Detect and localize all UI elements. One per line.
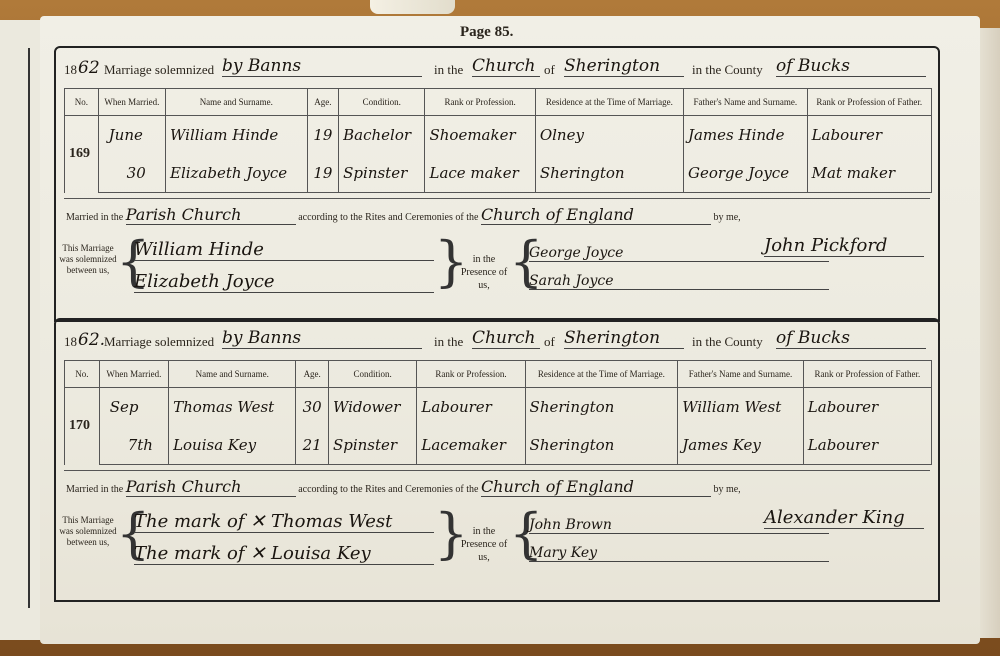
party-residence: Olney	[535, 116, 683, 155]
table-row: 169 June William Hinde 19 Bachelor Shoem…	[65, 116, 932, 155]
party-residence: Sherington	[535, 154, 683, 193]
party-condition: Bachelor	[339, 116, 425, 155]
table-row: 7th Louisa Key 21 Spinster Lacemaker She…	[65, 426, 932, 465]
in-the-label: in the	[434, 334, 463, 350]
party-age: 19	[307, 154, 339, 193]
solemnized-label: Marriage solemnized	[104, 62, 214, 78]
party-rank: Labourer	[417, 388, 525, 427]
bookmark-ribbon	[370, 0, 455, 14]
party-rank: Lacemaker	[417, 426, 525, 465]
column-header: Condition.	[339, 89, 425, 116]
between-label: This Marriage was solemnized between us,	[58, 515, 118, 548]
county-label: in the County	[692, 334, 763, 350]
when-married: 7th	[99, 426, 168, 465]
page-stack-edge	[977, 28, 1000, 638]
column-header: Name and Surname.	[169, 361, 296, 388]
father-rank: Labourer	[803, 426, 931, 465]
party-name: Elizabeth Joyce	[166, 154, 308, 193]
when-married: June	[98, 116, 165, 155]
entry-heading: 18 62 Marriage solemnized by Banns in th…	[64, 56, 928, 84]
rites: Church of England	[481, 477, 711, 497]
place-type: Church	[472, 328, 540, 349]
party-condition: Widower	[328, 388, 416, 427]
party-name: Louisa Key	[169, 426, 296, 465]
register-table: No.When Married.Name and Surname.Age.Con…	[64, 88, 932, 193]
column-header: No.	[65, 89, 99, 116]
married-in: Parish Church	[126, 205, 296, 225]
father-rank: Labourer	[807, 116, 931, 155]
party-name: Thomas West	[169, 388, 296, 427]
column-header: Rank or Profession.	[417, 361, 525, 388]
of-label: of	[544, 334, 555, 350]
column-header: Father's Name and Surname.	[683, 89, 807, 116]
between-label: This Marriage was solemnized between us,	[58, 243, 118, 276]
father-rank: Labourer	[803, 388, 931, 427]
party-signature: Elizabeth Joyce	[134, 271, 434, 293]
by-me-label: by me,	[713, 484, 740, 495]
column-header: Father's Name and Surname.	[678, 361, 804, 388]
column-header: Rank or Profession.	[425, 89, 535, 116]
rites-label: according to the Rites and Ceremonies of…	[298, 212, 478, 223]
parish: Sherington	[564, 56, 684, 77]
column-header: No.	[65, 361, 100, 388]
marriage-entry: 18 62. Marriage solemnized by Banns in t…	[54, 318, 940, 602]
presence-label: in the Presence of us,	[459, 525, 509, 564]
father-name: James Key	[678, 426, 804, 465]
column-header: Residence at the Time of Marriage.	[535, 89, 683, 116]
party-residence: Sherington	[525, 426, 678, 465]
when-married: 30	[98, 154, 165, 193]
father-name: James Hinde	[683, 116, 807, 155]
entry-footer: Married in the Parish Church according t…	[64, 198, 930, 319]
witness-signature: John Brown	[529, 517, 829, 534]
party-name: William Hinde	[166, 116, 308, 155]
party-age: 21	[296, 426, 328, 465]
column-header: Rank or Profession of Father.	[803, 361, 931, 388]
party-condition: Spinster	[339, 154, 425, 193]
column-header: When Married.	[99, 361, 168, 388]
column-header: Condition.	[328, 361, 416, 388]
marriage-entry: 18 62 Marriage solemnized by Banns in th…	[54, 46, 940, 322]
previous-page-edge	[0, 20, 43, 640]
of-label: of	[544, 62, 555, 78]
in-the-label: in the	[434, 62, 463, 78]
party-age: 19	[307, 116, 339, 155]
rites-label: according to the Rites and Ceremonies of…	[298, 484, 478, 495]
column-header: Name and Surname.	[166, 89, 308, 116]
year-suffix: 62	[78, 58, 100, 78]
solemnized-by: by Banns	[222, 56, 422, 77]
father-name: George Joyce	[683, 154, 807, 193]
county: of Bucks	[776, 56, 926, 77]
married-in-label: Married in the	[66, 484, 123, 495]
column-header: Age.	[296, 361, 328, 388]
parish: Sherington	[564, 328, 684, 349]
witness-signature: Mary Key	[529, 545, 829, 562]
party-signature: William Hinde	[134, 239, 434, 261]
party-age: 30	[296, 388, 328, 427]
county: of Bucks	[776, 328, 926, 349]
married-in: Parish Church	[126, 477, 296, 497]
table-row: 170 Sep Thomas West 30 Widower Labourer …	[65, 388, 932, 427]
column-header: Residence at the Time of Marriage.	[525, 361, 678, 388]
year-prefix: 18	[64, 334, 77, 350]
party-rank: Shoemaker	[425, 116, 535, 155]
entry-footer: Married in the Parish Church according t…	[64, 470, 930, 591]
column-header: When Married.	[98, 89, 165, 116]
presence-label: in the Presence of us,	[459, 253, 509, 292]
county-label: in the County	[692, 62, 763, 78]
page-number: Page 85.	[460, 24, 513, 41]
party-rank: Lace maker	[425, 154, 535, 193]
entry-number: 169	[65, 116, 99, 193]
solemnized-label: Marriage solemnized	[104, 334, 214, 350]
year-suffix: 62.	[78, 330, 105, 350]
father-name: William West	[678, 388, 804, 427]
column-header: Age.	[307, 89, 339, 116]
solemnized-by: by Banns	[222, 328, 422, 349]
register-page: Page 85. 18 62 Marriage solemnized by Ba…	[40, 16, 980, 644]
witness-signature: George Joyce	[529, 245, 829, 262]
when-married: Sep	[99, 388, 168, 427]
married-in-line: Married in the Parish Church according t…	[66, 477, 741, 497]
party-signature: The mark of ✕ Louisa Key	[134, 543, 434, 565]
entry-heading: 18 62. Marriage solemnized by Banns in t…	[64, 328, 928, 356]
party-residence: Sherington	[525, 388, 678, 427]
column-header: Rank or Profession of Father.	[807, 89, 931, 116]
party-condition: Spinster	[328, 426, 416, 465]
rites: Church of England	[481, 205, 711, 225]
table-row: 30 Elizabeth Joyce 19 Spinster Lace make…	[65, 154, 932, 193]
by-me-label: by me,	[713, 212, 740, 223]
father-rank: Mat maker	[807, 154, 931, 193]
year-prefix: 18	[64, 62, 77, 78]
party-signature: The mark of ✕ Thomas West	[134, 511, 434, 533]
witness-signature: Sarah Joyce	[529, 273, 829, 290]
married-in-label: Married in the	[66, 212, 123, 223]
entry-number: 170	[65, 388, 100, 465]
married-in-line: Married in the Parish Church according t…	[66, 205, 741, 225]
place-type: Church	[472, 56, 540, 77]
register-table: No.When Married.Name and Surname.Age.Con…	[64, 360, 932, 465]
